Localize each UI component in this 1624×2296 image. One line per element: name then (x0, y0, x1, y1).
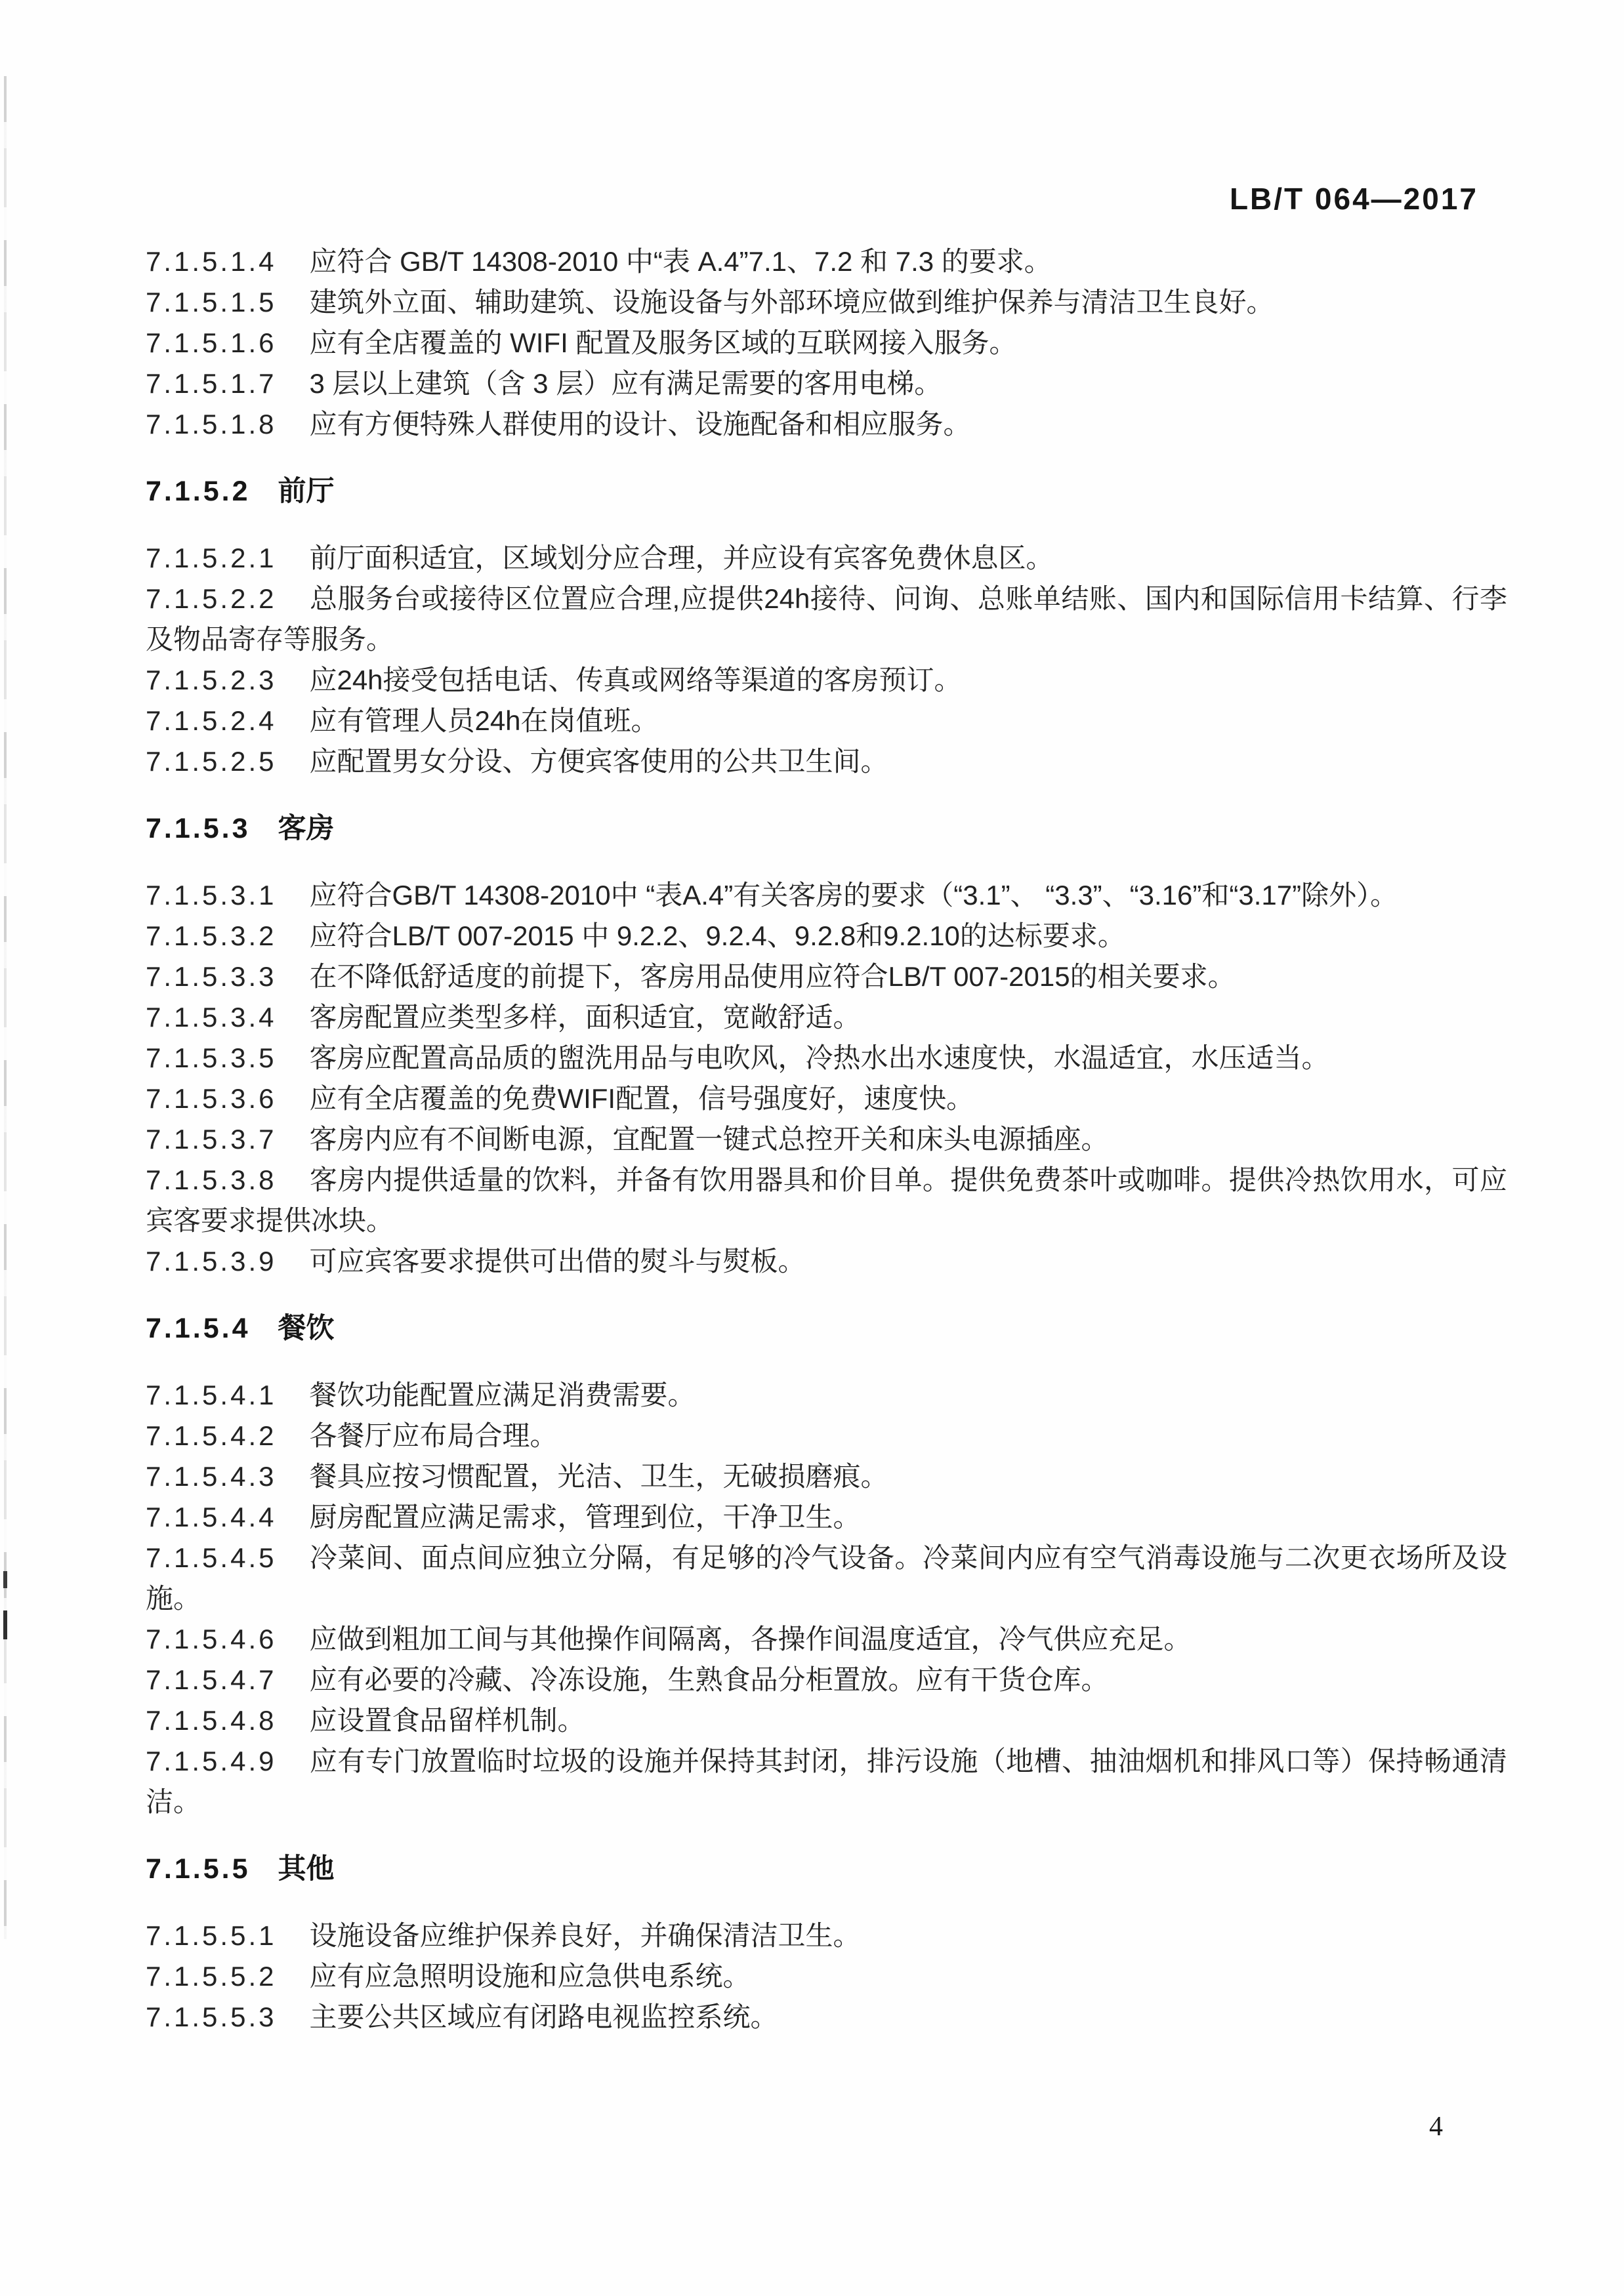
scan-artifact-dash (3, 1571, 7, 1588)
clause-number: 7.1.5.2.4 (146, 705, 276, 736)
document-page: LB/T 064—2017 7.1.5.1.4应符合 GB/T 14308-20… (0, 0, 1624, 2296)
clause: 7.1.5.1.6应有全店覆盖的 WIFI 配置及服务区域的互联网接入服务。 (146, 323, 1507, 363)
clause-number: 7.1.5.1.5 (146, 287, 276, 318)
clause-text: 应有专门放置临时垃圾的设施并保持其封闭，排污设施（地槽、抽油烟机和排风口等）保持… (146, 1746, 1507, 1817)
clause-number: 7.1.5.1.7 (146, 368, 276, 399)
clause-text: 餐具应按习惯配置，光洁、卫生，无破损磨痕。 (309, 1461, 888, 1492)
section-heading: 7.1.5.4餐饮 (146, 1308, 1507, 1349)
clause: 7.1.5.5.3主要公共区域应有闭路电视监控系统。 (146, 1997, 1507, 2038)
clause-number: 7.1.5.1.6 (146, 327, 276, 358)
clause-text: 在不降低舒适度的前提下，客房用品使用应符合LB/T 007-2015的相关要求。 (309, 961, 1235, 992)
clause: 7.1.5.2.2总服务台或接待区位置应合理,应提供24h接待、问询、总账单结账… (146, 579, 1507, 660)
clause-text: 应有方便特殊人群使用的设计、设施配备和相应服务。 (309, 409, 970, 440)
clause: 7.1.5.3.6应有全店覆盖的免费WIFI配置，信号强度好，速度快。 (146, 1078, 1507, 1119)
clause: 7.1.5.4.8应设置食品留样机制。 (146, 1700, 1507, 1741)
clause-number: 7.1.5.3.5 (146, 1042, 276, 1073)
clause-text: 应有必要的冷藏、冷冻设施，生熟食品分柜置放。应有干货仓库。 (309, 1664, 1108, 1695)
section-heading: 7.1.5.2前厅 (146, 471, 1507, 512)
section-heading-title: 其他 (278, 1853, 335, 1885)
section-heading-number: 7.1.5.5 (146, 1853, 251, 1885)
clause: 7.1.5.3.2应符合LB/T 007-2015 中 9.2.2、9.2.4、… (146, 916, 1507, 956)
scan-artifact-dash (3, 1610, 7, 1639)
clause: 7.1.5.1.73 层以上建筑（含 3 层）应有满足需要的客用电梯。 (146, 363, 1507, 404)
clause: 7.1.5.4.9应有专门放置临时垃圾的设施并保持其封闭，排污设施（地槽、抽油烟… (146, 1741, 1507, 1822)
clause-text: 应有管理人员24h在岗值班。 (309, 705, 658, 736)
clause-number: 7.1.5.5.1 (146, 1920, 276, 1951)
clause-text: 应设置食品留样机制。 (309, 1705, 585, 1736)
clause-number: 7.1.5.1.8 (146, 409, 276, 440)
clause-text: 设施设备应维护保养良好，并确保清洁卫生。 (309, 1920, 860, 1951)
clause-text: 厨房配置应满足需求，管理到位，干净卫生。 (309, 1502, 860, 1532)
clause: 7.1.5.3.1应符合GB/T 14308-2010中 “表A.4”有关客房的… (146, 875, 1507, 916)
clause: 7.1.5.2.1前厅面积适宜，区域划分应合理，并应设有宾客免费休息区。 (146, 538, 1507, 579)
section-heading-title: 客房 (278, 813, 335, 844)
clause: 7.1.5.5.1设施设备应维护保养良好，并确保清洁卫生。 (146, 1916, 1507, 1956)
clause-number: 7.1.5.4.1 (146, 1380, 276, 1410)
section-heading-title: 餐饮 (278, 1313, 335, 1344)
clause-text: 应符合LB/T 007-2015 中 9.2.2、9.2.4、9.2.8和9.2… (309, 920, 1125, 951)
clause: 7.1.5.2.5应配置男女分设、方便宾客使用的公共卫生间。 (146, 741, 1507, 782)
section-heading-number: 7.1.5.2 (146, 476, 251, 507)
section-heading-number: 7.1.5.4 (146, 1313, 251, 1344)
clause: 7.1.5.1.4应符合 GB/T 14308-2010 中“表 A.4”7.1… (146, 241, 1507, 282)
clause-text: 建筑外立面、辅助建筑、设施设备与外部环境应做到维护保养与清洁卫生良好。 (309, 287, 1274, 318)
section-heading-title: 前厅 (278, 476, 335, 507)
clause-text: 客房内应有不间断电源，宜配置一键式总控开关和床头电源插座。 (309, 1124, 1108, 1155)
clause-number: 7.1.5.3.7 (146, 1124, 276, 1155)
clause-text: 应有全店覆盖的免费WIFI配置，信号强度好，速度快。 (309, 1083, 974, 1114)
clause: 7.1.5.4.6应做到粗加工间与其他操作间隔离，各操作间温度适宜，冷气供应充足… (146, 1619, 1507, 1660)
clause-number: 7.1.5.5.3 (146, 2001, 276, 2032)
clause: 7.1.5.3.8客房内提供适量的饮料，并备有饮用器具和价目单。提供免费茶叶或咖… (146, 1160, 1507, 1241)
clause-number: 7.1.5.2.2 (146, 583, 276, 614)
clause: 7.1.5.4.3餐具应按习惯配置，光洁、卫生，无破损磨痕。 (146, 1456, 1507, 1497)
clause-text: 总服务台或接待区位置应合理,应提供24h接待、问询、总账单结账、国内和国际信用卡… (146, 583, 1507, 655)
clause-text: 冷菜间、面点间应独立分隔，有足够的冷气设备。冷菜间内应有空气消毒设施与二次更衣场… (146, 1542, 1507, 1614)
clause-number: 7.1.5.3.6 (146, 1083, 276, 1114)
clause-text: 应符合GB/T 14308-2010中 “表A.4”有关客房的要求（“3.1”、… (309, 880, 1398, 911)
clause-number: 7.1.5.4.9 (146, 1746, 276, 1776)
clause-number: 7.1.5.3.8 (146, 1164, 276, 1195)
clause-number: 7.1.5.2.1 (146, 543, 276, 573)
clause-number: 7.1.5.2.3 (146, 665, 276, 695)
clause-text: 主要公共区域应有闭路电视监控系统。 (309, 2001, 778, 2032)
clause-text: 应配置男女分设、方便宾客使用的公共卫生间。 (309, 746, 888, 777)
clause-text: 客房应配置高品质的盥洗用品与电吹风，冷热水出水速度快，水温适宜，水压适当。 (309, 1042, 1329, 1073)
page-number: 4 (1429, 2111, 1443, 2142)
clause-text: 3 层以上建筑（含 3 层）应有满足需要的客用电梯。 (309, 368, 942, 399)
clause-list: 7.1.5.1.4应符合 GB/T 14308-2010 中“表 A.4”7.1… (146, 241, 1507, 2038)
clause-number: 7.1.5.3.2 (146, 920, 276, 951)
clause-number: 7.1.5.3.3 (146, 961, 276, 992)
clause-text: 客房配置应类型多样，面积适宜，宽敞舒适。 (309, 1002, 860, 1033)
clause: 7.1.5.2.3应24h接受包括电话、传真或网络等渠道的客房预订。 (146, 660, 1507, 701)
clause: 7.1.5.1.8应有方便特殊人群使用的设计、设施配备和相应服务。 (146, 404, 1507, 445)
clause-number: 7.1.5.4.7 (146, 1664, 276, 1695)
clause-text: 客房内提供适量的饮料，并备有饮用器具和价目单。提供免费茶叶或咖啡。提供冷热饮用水… (146, 1164, 1507, 1236)
clause-text: 前厅面积适宜，区域划分应合理，并应设有宾客免费休息区。 (309, 543, 1053, 573)
clause-number: 7.1.5.4.6 (146, 1624, 276, 1654)
clause-text: 可应宾客要求提供可出借的熨斗与熨板。 (309, 1246, 805, 1277)
clause-number: 7.1.5.1.4 (146, 246, 276, 277)
standard-number-header: LB/T 064—2017 (1230, 181, 1478, 216)
section-heading: 7.1.5.5其他 (146, 1849, 1507, 1889)
clause: 7.1.5.5.2应有应急照明设施和应急供电系统。 (146, 1956, 1507, 1997)
clause: 7.1.5.4.1餐饮功能配置应满足消费需要。 (146, 1375, 1507, 1416)
clause-number: 7.1.5.3.4 (146, 1002, 276, 1033)
clause-number: 7.1.5.3.1 (146, 880, 276, 911)
scan-artifact-line (4, 76, 7, 1939)
clause-number: 7.1.5.4.3 (146, 1461, 276, 1492)
section-heading-number: 7.1.5.3 (146, 813, 251, 844)
clause: 7.1.5.4.7应有必要的冷藏、冷冻设施，生熟食品分柜置放。应有干货仓库。 (146, 1660, 1507, 1700)
clause-number: 7.1.5.4.2 (146, 1420, 276, 1451)
clause-text: 应符合 GB/T 14308-2010 中“表 A.4”7.1、7.2 和 7.… (309, 246, 1051, 277)
clause: 7.1.5.3.4客房配置应类型多样，面积适宜，宽敞舒适。 (146, 997, 1507, 1038)
clause-number: 7.1.5.4.8 (146, 1705, 276, 1736)
clause-text: 各餐厅应布局合理。 (309, 1420, 557, 1451)
clause-text: 应做到粗加工间与其他操作间隔离，各操作间温度适宜，冷气供应充足。 (309, 1624, 1191, 1654)
clause-text: 应有全店覆盖的 WIFI 配置及服务区域的互联网接入服务。 (309, 327, 1016, 358)
clause: 7.1.5.1.5建筑外立面、辅助建筑、设施设备与外部环境应做到维护保养与清洁卫… (146, 282, 1507, 323)
clause-number: 7.1.5.5.2 (146, 1961, 276, 1992)
clause-text: 应有应急照明设施和应急供电系统。 (309, 1961, 750, 1992)
clause: 7.1.5.3.9可应宾客要求提供可出借的熨斗与熨板。 (146, 1241, 1507, 1282)
clause: 7.1.5.2.4应有管理人员24h在岗值班。 (146, 701, 1507, 741)
clause-number: 7.1.5.2.5 (146, 746, 276, 777)
clause: 7.1.5.4.5冷菜间、面点间应独立分隔，有足够的冷气设备。冷菜间内应有空气消… (146, 1538, 1507, 1619)
clause: 7.1.5.4.2各餐厅应布局合理。 (146, 1416, 1507, 1456)
clause: 7.1.5.3.3在不降低舒适度的前提下，客房用品使用应符合LB/T 007-2… (146, 956, 1507, 997)
clause-text: 应24h接受包括电话、传真或网络等渠道的客房预订。 (309, 665, 961, 695)
clause-number: 7.1.5.4.5 (146, 1542, 276, 1573)
clause-number: 7.1.5.3.9 (146, 1246, 276, 1277)
clause: 7.1.5.3.5客房应配置高品质的盥洗用品与电吹风，冷热水出水速度快，水温适宜… (146, 1038, 1507, 1078)
clause-text: 餐饮功能配置应满足消费需要。 (309, 1380, 695, 1410)
clause: 7.1.5.3.7客房内应有不间断电源，宜配置一键式总控开关和床头电源插座。 (146, 1119, 1507, 1160)
clause: 7.1.5.4.4厨房配置应满足需求，管理到位，干净卫生。 (146, 1497, 1507, 1538)
section-heading: 7.1.5.3客房 (146, 808, 1507, 849)
clause-number: 7.1.5.4.4 (146, 1502, 276, 1532)
